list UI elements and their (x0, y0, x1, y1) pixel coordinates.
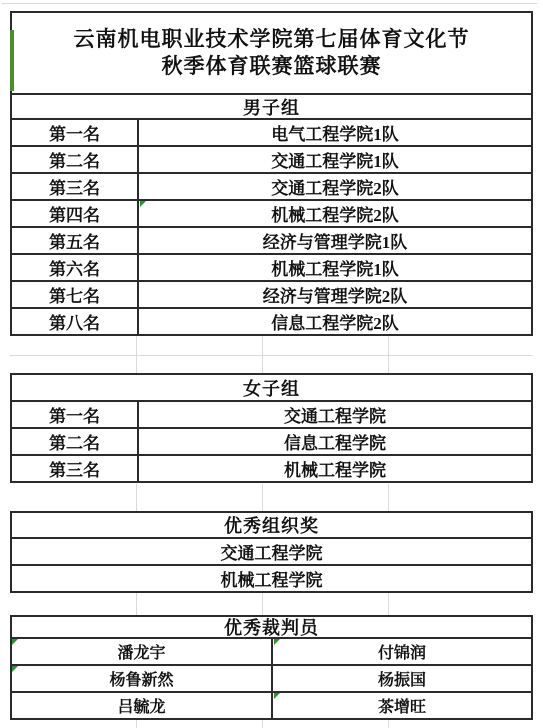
team-cell: 电气工程学院1队 (139, 120, 531, 145)
table-row: 第一名 电气工程学院1队 (12, 118, 531, 145)
gridline (388, 593, 389, 615)
rank-cell: 第三名 (12, 174, 139, 199)
womens-results-table: 女子组 第一名 交通工程学院 第二名 信息工程学院 第三名 机械工程学院 (10, 373, 533, 483)
table-row: 交通工程学院 (12, 537, 531, 564)
table-row: 第五名 经济与管理学院1队 (12, 226, 531, 253)
rank-cell: 第六名 (12, 255, 139, 280)
error-triangle-icon (274, 693, 280, 699)
referee-name-cell: 潘龙宇 (12, 639, 273, 664)
table-row: 第四名 机械工程学院2队 (12, 199, 531, 226)
table-row: 机械工程学院 (12, 564, 531, 591)
gridline (262, 484, 263, 511)
green-left-border-bar (10, 30, 14, 91)
gridline (136, 593, 137, 615)
gridline (388, 720, 389, 728)
gridline (2, 3, 537, 4)
mens-results-table: 云南机电职业技术学院第七届体育文化节 秋季体育联赛篮球联赛 男子组 第一名 电气… (10, 11, 533, 336)
referee-name-cell: 茶增旺 (273, 693, 531, 718)
rank-cell: 第一名 (12, 120, 139, 145)
error-triangle-icon (274, 639, 280, 645)
table-row: 第八名 信息工程学院2队 (12, 307, 531, 334)
team-cell: 机械工程学院1队 (139, 255, 531, 280)
title-line-1: 云南机电职业技术学院第七届体育文化节 (74, 26, 470, 53)
rank-cell: 第一名 (12, 402, 139, 427)
rank-cell: 第二名 (12, 147, 139, 172)
table-row: 杨鲁新然 杨振国 (12, 664, 531, 691)
rank-cell: 第二名 (12, 429, 139, 454)
table-row: 第二名 信息工程学院 (12, 427, 531, 454)
referees-table: 优秀裁判员 潘龙宇 付锦润 杨鲁新然 杨振国 吕毓龙 茶增旺 (10, 615, 533, 720)
team-cell: 机械工程学院 (139, 456, 531, 481)
document-title: 云南机电职业技术学院第七届体育文化节 秋季体育联赛篮球联赛 (12, 13, 531, 93)
gridline (136, 720, 137, 728)
referee-name-cell: 吕毓龙 (12, 693, 273, 718)
gridline (262, 593, 263, 615)
title-line-2: 秋季体育联赛篮球联赛 (162, 53, 382, 80)
team-cell: 交通工程学院1队 (139, 147, 531, 172)
table-row: 第一名 交通工程学院 (12, 400, 531, 427)
error-triangle-icon (12, 639, 18, 645)
sheet: 云南机电职业技术学院第七届体育文化节 秋季体育联赛篮球联赛 男子组 第一名 电气… (0, 0, 543, 728)
table-row: 吕毓龙 茶增旺 (12, 691, 531, 718)
rank-cell: 第八名 (12, 309, 139, 334)
organization-award-table: 优秀组织奖 交通工程学院 机械工程学院 (10, 511, 533, 593)
team-cell: 交通工程学院 (139, 402, 531, 427)
referee-name-cell: 杨鲁新然 (12, 666, 273, 691)
table-row: 第七名 经济与管理学院2队 (12, 280, 531, 307)
team-cell: 信息工程学院2队 (139, 309, 531, 334)
referee-name-cell: 付锦润 (273, 639, 531, 664)
team-cell: 经济与管理学院2队 (139, 282, 531, 307)
table-row: 潘龙宇 付锦润 (12, 637, 531, 664)
team-cell: 经济与管理学院1队 (139, 228, 531, 253)
referees-header: 优秀裁判员 (12, 617, 531, 637)
table-row: 第六名 机械工程学院1队 (12, 253, 531, 280)
rank-cell: 第七名 (12, 282, 139, 307)
error-triangle-icon (12, 666, 18, 672)
error-triangle-icon (140, 201, 146, 207)
womens-group-header: 女子组 (12, 375, 531, 400)
gridline (136, 484, 137, 511)
rank-cell: 第三名 (12, 456, 139, 481)
rank-cell: 第五名 (12, 228, 139, 253)
gridline (262, 720, 263, 728)
rank-cell: 第四名 (12, 201, 139, 226)
table-row: 第三名 交通工程学院2队 (12, 172, 531, 199)
team-cell: 机械工程学院2队 (139, 201, 531, 226)
team-cell: 交通工程学院2队 (139, 174, 531, 199)
table-row: 第二名 交通工程学院1队 (12, 145, 531, 172)
referee-name-cell: 杨振国 (273, 666, 531, 691)
mens-group-header: 男子组 (12, 93, 531, 118)
team-cell: 信息工程学院 (139, 429, 531, 454)
gridline (10, 355, 533, 356)
organization-award-header: 优秀组织奖 (12, 513, 531, 537)
table-row: 第三名 机械工程学院 (12, 454, 531, 481)
gridline (388, 484, 389, 511)
